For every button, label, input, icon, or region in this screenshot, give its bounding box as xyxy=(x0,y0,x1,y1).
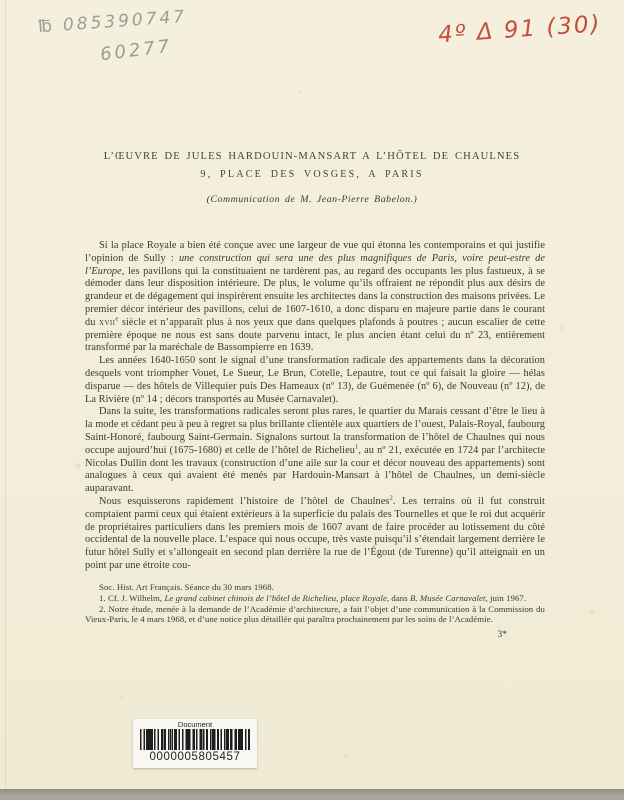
text-run: xvii xyxy=(99,317,115,328)
pencil-number: 085390747 xyxy=(62,7,187,36)
article-header: L’ŒUVRE DE JULES HARDOUIN-MANSART A L’HÔ… xyxy=(83,151,541,205)
pencil-annotation-2: 60277 xyxy=(99,36,173,66)
text-run: . Les terrains où il fut construit compt… xyxy=(85,496,545,571)
text-run: , juin 1967. xyxy=(485,593,526,603)
article-body: Si la place Royale a bien été conçue ave… xyxy=(85,240,545,573)
pencil-annotation: ℔085390747 xyxy=(37,7,187,37)
page-number: 3* xyxy=(85,630,545,640)
text-run: B. Musée Carnavalet xyxy=(410,593,485,603)
text-run: Soc. Hist. Art Français. Séance du 30 ma… xyxy=(99,582,274,592)
paragraph: Si la place Royale a bien été conçue ave… xyxy=(85,240,545,355)
article-title-line1: L’ŒUVRE DE JULES HARDOUIN-MANSART A L’HÔ… xyxy=(83,151,541,162)
text-run: 2. Notre étude, menée à la demande de l’… xyxy=(85,604,545,625)
pencil-number-2: 60277 xyxy=(99,36,173,66)
paragraph: Nous esquisserons rapidement l’histoire … xyxy=(85,496,545,573)
footnote: 1. Cf. J. Wilhelm, Le grand cabinet chin… xyxy=(85,593,545,604)
red-shelfmark: 4º Δ 91 (30) xyxy=(437,10,623,49)
footnotes-block: Soc. Hist. Art Français. Séance du 30 ma… xyxy=(85,582,545,626)
pencil-symbol: ℔ xyxy=(37,16,55,37)
text-run: Le grand cabinet chinois de l’hôtel de R… xyxy=(164,593,386,603)
barcode-number: 0000005805457 xyxy=(133,750,257,764)
barcode-title: Document xyxy=(133,719,257,729)
text-run: Les années 1640-1650 sont le signal d’un… xyxy=(85,355,545,404)
scanner-bed-strip xyxy=(0,789,624,800)
article-title-line2: 9, PLACE DES VOSGES, A PARIS xyxy=(83,169,541,180)
text-run: Nous esquisserons rapidement l’histoire … xyxy=(99,496,390,507)
footnote: 2. Notre étude, menée à la demande de l’… xyxy=(85,604,545,626)
page-fold-edge xyxy=(5,0,7,789)
paragraph: Les années 1640-1650 sont le signal d’un… xyxy=(85,355,545,406)
barcode-icon xyxy=(140,729,250,750)
text-run: 1. Cf. J. Wilhelm, xyxy=(99,593,164,603)
document-scan-root: ℔085390747 60277 4º Δ 91 (30) L’ŒUVRE DE… xyxy=(0,0,624,800)
text-run: siècle et n’apparaît plus à nos yeux que… xyxy=(85,317,545,354)
article-byline: (Communication de M. Jean-Pierre Babelon… xyxy=(83,194,541,205)
text-column: Si la place Royale a bien été conçue ave… xyxy=(85,240,545,640)
barcode-sticker: Document 0000005805457 xyxy=(133,719,257,768)
text-run: , dans xyxy=(387,593,410,603)
footnote: Soc. Hist. Art Français. Séance du 30 ma… xyxy=(85,582,545,593)
paragraph: Dans la suite, les transformations radic… xyxy=(85,406,545,496)
